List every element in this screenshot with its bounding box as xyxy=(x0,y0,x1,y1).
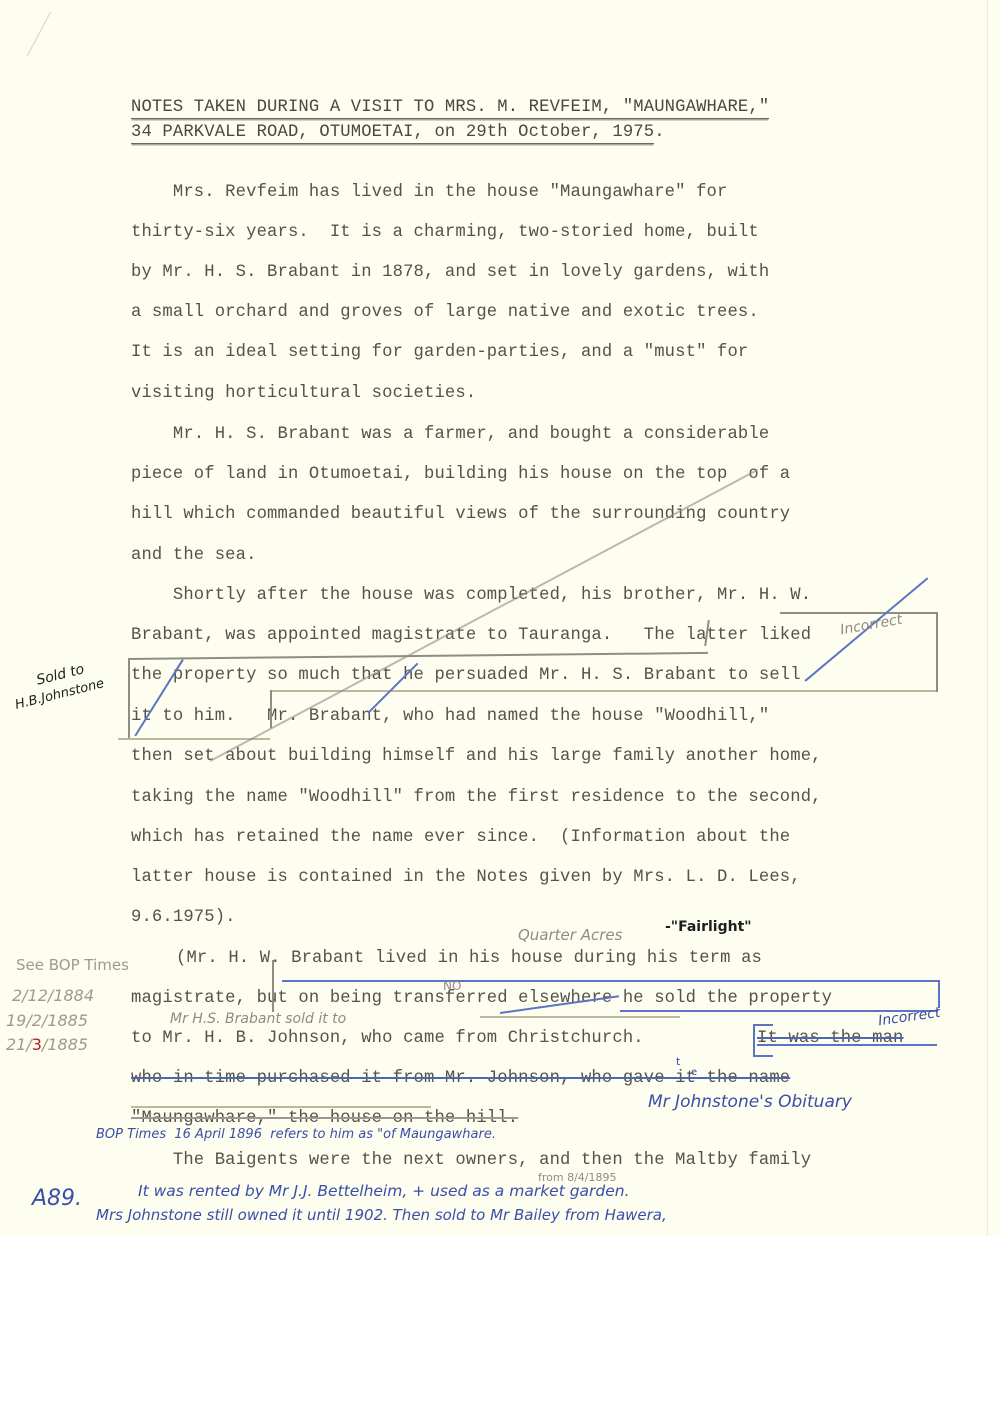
typed-line: hill which commanded beautiful views of … xyxy=(131,506,790,523)
pencil-box-line xyxy=(936,612,938,692)
document-title-line-1: NOTES TAKEN DURING A VISIT TO MRS. M. RE… xyxy=(131,99,769,116)
typed-line: thirty-six years. It is a charming, two-… xyxy=(131,224,759,241)
typed-line: piece of land in Otumoetai, building his… xyxy=(131,466,790,483)
typed-line: it to him. Mr. Brabant, who had named th… xyxy=(131,708,769,725)
annotation-no: NO xyxy=(443,980,461,992)
typed-line: which has retained the name ever since. … xyxy=(131,829,790,846)
typed-line: taking the name "Woodhill" from the firs… xyxy=(131,789,822,806)
annotation-note-line-1: It was rented by Mr J.J. Bettelheim, + u… xyxy=(138,1184,630,1200)
blue-bracket xyxy=(753,1024,773,1026)
pencil-wavy-underline xyxy=(480,1016,680,1018)
annotation-t-insert: t xyxy=(676,1056,680,1067)
pencil-box-line xyxy=(128,658,130,738)
typed-line: by Mr. H. S. Brabant in 1878, and set in… xyxy=(131,264,769,281)
blue-box-line xyxy=(282,980,938,982)
typed-line: to Mr. H. B. Johnson, who came from Chri… xyxy=(131,1030,644,1047)
typed-line: It is an ideal setting for garden-partie… xyxy=(131,344,748,361)
typed-line: Mr. H. S. Brabant was a farmer, and boug… xyxy=(131,426,769,443)
typed-line: magistrate, but on being transferred els… xyxy=(131,990,832,1007)
pencil-box-line xyxy=(270,690,272,728)
annotation-bop-times-1896: BOP Times 16 April 1896 refers to him as… xyxy=(96,1128,496,1141)
blue-bracket xyxy=(753,1055,773,1057)
blue-underline xyxy=(757,1044,937,1046)
annotation-mr-hs-brabant-sold: Mr H.S. Brabant sold it to xyxy=(170,1012,346,1026)
typed-line: Mrs. Revfeim has lived in the house "Mau… xyxy=(131,184,727,201)
annotation-fairlight: -"Fairlight" xyxy=(665,920,752,934)
typed-line: Brabant, was appointed magistrate to Tau… xyxy=(131,627,811,644)
annotation-ref-code: A89. xyxy=(32,1188,82,1210)
typed-line: and the sea. xyxy=(131,547,257,564)
title-period: . xyxy=(654,123,664,142)
document-title-line-2: 34 PARKVALE ROAD, OTUMOETAI, on 29th Oct… xyxy=(131,124,665,141)
annotation-date-3: 21/3/1885 xyxy=(6,1037,88,1053)
typed-line: then set about building himself and his … xyxy=(131,748,822,765)
typed-line-struck: "Maungawhare," the house on the hill. xyxy=(131,1110,518,1127)
typed-line: a small orchard and groves of large nati… xyxy=(131,304,759,321)
typed-line: 9.6.1975). xyxy=(131,909,236,926)
blue-bracket xyxy=(753,1024,755,1056)
typed-line: latter house is contained in the Notes g… xyxy=(131,869,801,886)
struck-text: "Maungawhare," the house on the hill. xyxy=(131,1109,518,1128)
typed-line: The Baigents were the next owners, and t… xyxy=(131,1152,811,1169)
typed-line: Shortly after the house was completed, h… xyxy=(131,587,811,604)
typed-line: (Mr. H. W. Brabant lived in his house du… xyxy=(176,950,762,967)
pencil-box-line xyxy=(780,612,936,614)
annotation-date-1: 2/12/1884 xyxy=(12,988,94,1004)
date-3-red-digit: 3 xyxy=(32,1035,42,1054)
title-text-2: 34 PARKVALE ROAD, OTUMOETAI, on 29th Oct… xyxy=(131,123,654,144)
page-edge xyxy=(987,0,988,1236)
typed-line: visiting horticultural societies. xyxy=(131,385,476,402)
typed-line: the property so much that he persuaded M… xyxy=(131,667,801,684)
annotation-see-bop-times: See BOP Times xyxy=(16,958,129,973)
annotation-note-line-2: Mrs Johnstone still owned it until 1902.… xyxy=(96,1208,667,1223)
annotation-quarter-acres: Quarter Acres xyxy=(518,928,622,943)
date-3-suffix: /1885 xyxy=(42,1035,88,1054)
bracket-mark xyxy=(272,960,274,1012)
pencil-box-line xyxy=(270,690,936,692)
title-text-1: NOTES TAKEN DURING A VISIT TO MRS. M. RE… xyxy=(131,98,769,119)
date-3-prefix: 21/ xyxy=(6,1035,32,1054)
annotation-obituary: Mr Johnstone's Obituary xyxy=(648,1094,852,1111)
pencil-line xyxy=(131,1106,431,1108)
annotation-date-2: 19/2/1885 xyxy=(6,1013,88,1029)
annotation-e-insert: e xyxy=(691,1068,697,1078)
